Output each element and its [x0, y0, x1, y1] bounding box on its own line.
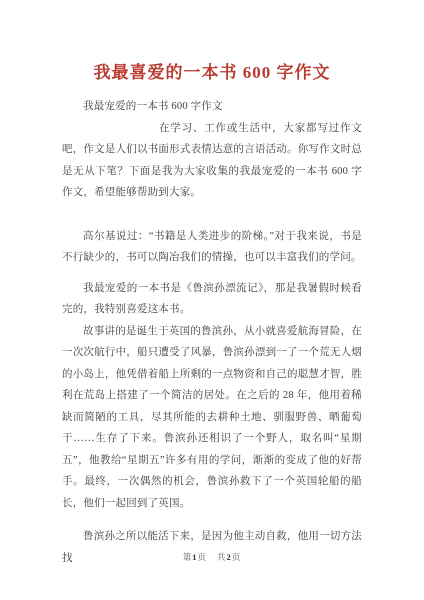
page-label-suffix: 页	[197, 552, 207, 562]
page-label-prefix: 第	[183, 552, 193, 562]
essay-paragraph-quote: 高尔基说过：“书籍是人类进步的阶梯。”对于我来说，书是不行缺少的，书可以陶冶我们…	[62, 226, 362, 269]
essay-paragraph-subtitle: 我最宠爱的一本书 600 字作文	[62, 96, 362, 118]
document-title: 我最喜爱的一本书 600 字作文	[30, 58, 394, 83]
total-label-prefix: 共	[217, 552, 227, 562]
document-body: 我最宠爱的一本书 600 字作文 在学习、工作或生活中，大家都写过作文吧，作文是…	[62, 96, 362, 569]
total-label-suffix: 页	[232, 552, 242, 562]
essay-paragraph-intro: 在学习、工作或生活中，大家都写过作文吧，作文是人们以书面形式表情达意的言语活动。…	[62, 118, 362, 204]
document-page: 我最喜爱的一本书 600 字作文 我最宠爱的一本书 600 字作文 在学习、工作…	[0, 0, 424, 600]
page-indicator: 第1页共2页	[183, 552, 242, 562]
essay-paragraph-favorite-book: 我最宠爱的一本书是《鲁滨孙漂流记》，那是我暑假时候看完的，我特别喜爱这本书。	[62, 278, 362, 321]
essay-paragraph-story: 故事讲的是诞生于英国的鲁滨孙，从小就喜爱航海冒险，在一次次航行中，船只遭受了风暴…	[62, 321, 362, 515]
page-footer: 第1页共2页	[0, 551, 424, 563]
